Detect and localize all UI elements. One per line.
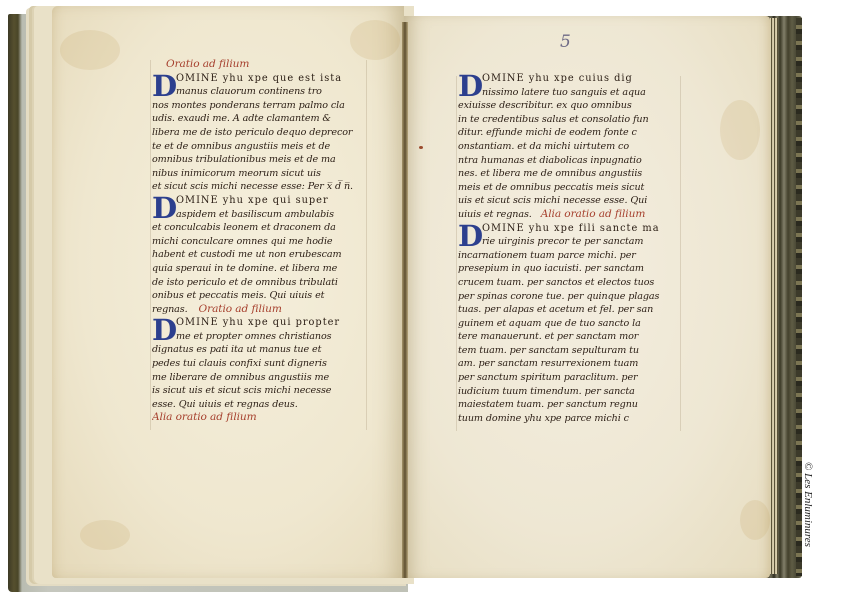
text-line: am. per sanctam resurrexionem tuam <box>458 357 676 371</box>
text-line: ditur. effunde michi de eodem fonte c <box>458 126 676 140</box>
illuminated-initial: D <box>152 194 174 222</box>
open-manuscript: 5 Oratio ad filium D OMINE yhu xpe que e… <box>0 0 843 600</box>
text-line: tem tuam. per sanctam sepulturam tu <box>458 344 676 358</box>
text-line: uis et sicut scis michi necesse esse. Qu… <box>458 194 676 208</box>
book-gutter <box>402 22 408 578</box>
text-line: manus clauorum continens tro <box>152 85 366 99</box>
text-line: OMINE yhu xpe cuius dig <box>458 72 676 86</box>
left-text-block: Oratio ad filium D OMINE yhu xpe que est… <box>152 58 366 425</box>
text-line: presepium in quo iacuisti. per sanctam <box>458 262 676 276</box>
text-line: tere manauerunt. et per sanctam mor <box>458 330 676 344</box>
text-line: OMINE yhu xpe fili sancte ma <box>458 222 676 236</box>
parchment-stain <box>720 100 760 160</box>
text-line: tuum domine yhu xpe parce michi c <box>458 412 676 426</box>
text-line: esse. Qui uiuis et regnas deus. <box>152 398 366 412</box>
prayer-5: D OMINE yhu xpe fili sancte ma rie uirgi… <box>458 222 676 426</box>
text-line: tuas. per alapas et acetum et fel. per s… <box>458 303 676 317</box>
text-line: dignatus es pati ita ut manus tue et <box>152 343 366 357</box>
text-line: per spinas corone tue. per quinque plaga… <box>458 290 676 304</box>
text-line: crucem tuam. per sanctos et electos tuos <box>458 276 676 290</box>
rubric-heading: Oratio ad filium <box>152 58 366 72</box>
text-line: rie uirginis precor te per sanctam <box>458 235 676 249</box>
right-page-edges <box>770 18 778 574</box>
text-line: libera me de isto periculo dequo depreco… <box>152 126 366 140</box>
text-line: OMINE yhu xpe qui super <box>152 194 366 208</box>
text-line: te et de omnibus angustiis meis et de <box>152 140 366 154</box>
text-line: de isto periculo et de omnibus tribulati <box>152 276 366 290</box>
parchment-stain <box>60 30 120 70</box>
prayer-3: D OMINE yhu xpe qui propter me et propte… <box>152 316 366 425</box>
illuminated-initial: D <box>458 72 480 100</box>
illuminated-initial: D <box>152 316 174 344</box>
text-line: udis. exaudi me. A adte clamantem & <box>152 112 366 126</box>
text-line: ntra humanas et diabolicas inpugnatio <box>458 154 676 168</box>
rubric-heading: Oratio ad filium <box>199 303 282 315</box>
text-line: guinem et aquam que de tuo sancto la <box>458 317 676 331</box>
text-line: et sicut scis michi necesse esse: Per x̅… <box>152 180 366 194</box>
text-line: nos montes ponderans terram palmo cla <box>152 99 366 113</box>
ruling-line <box>366 60 367 430</box>
text-line: onibus et peccatis meis. Qui uiuis et <box>152 289 366 303</box>
text-line: omnibus tribulationibus meis et de ma <box>152 153 366 167</box>
text-line: me liberare de omnibus angustiis me <box>152 371 366 385</box>
text-line: OMINE yhu xpe que est ista <box>152 72 366 86</box>
text-line: nibus inimicorum meorum sicut uis <box>152 167 366 181</box>
folio-number: 5 <box>560 32 571 52</box>
parchment-stain <box>740 500 770 540</box>
illuminated-initial: D <box>458 222 480 250</box>
text-line: OMINE yhu xpe qui propter <box>152 316 366 330</box>
prayer-4: D OMINE yhu xpe cuius dig nissimo latere… <box>458 72 676 222</box>
text-line: aspidem et basiliscum ambulabis <box>152 208 366 222</box>
right-text-block: D OMINE yhu xpe cuius dig nissimo latere… <box>458 72 676 425</box>
text-line: nes. et libera me de omnibus angustiis <box>458 167 676 181</box>
text-line: me et propter omnes christianos <box>152 330 366 344</box>
text-line: habent et custodi me ut non erubescam <box>152 248 366 262</box>
ink-speck <box>419 146 423 149</box>
text-line: in te credentibus salus et consolatio fu… <box>458 113 676 127</box>
prayer-2: D OMINE yhu xpe qui super aspidem et bas… <box>152 194 366 316</box>
text-line: meis et de omnibus peccatis meis sicut <box>458 181 676 195</box>
text-line: incarnationem tuam parce michi. per <box>458 249 676 263</box>
text-line: pedes tui clauis confixi sunt digneris <box>152 357 366 371</box>
ruling-line <box>456 76 457 431</box>
illuminated-initial: D <box>152 72 174 100</box>
parchment-stain <box>350 20 400 60</box>
text-line: iudicium tuum timendum. per sancta <box>458 385 676 399</box>
text-line: michi conculcare omnes qui me hodie <box>152 235 366 249</box>
text-line: per sanctum spiritum paraclitum. per <box>458 371 676 385</box>
text-line: nissimo latere tuo sanguis et aqua <box>458 86 676 100</box>
text-line: is sicut uis et sicut scis michi necesse <box>152 384 366 398</box>
copyright-watermark: © Les Enluminures <box>798 462 814 600</box>
parchment-stain <box>80 520 130 550</box>
ruling-line <box>150 60 151 430</box>
text-line: onstantiam. et da michi uirtutem co <box>458 140 676 154</box>
prayer-1: D OMINE yhu xpe que est ista manus clauo… <box>152 72 366 194</box>
text-line: et conculcabis leonem et draconem da <box>152 221 366 235</box>
text-line: uiuis et regnas. Alia oratio ad filium <box>458 208 676 222</box>
ruling-line <box>680 76 681 431</box>
text-line: exiuisse describitur. ex quo omnibus <box>458 99 676 113</box>
text-line: quia speraui in te domine. et libera me <box>152 262 366 276</box>
rubric-heading: Alia oratio ad filium <box>152 411 366 425</box>
rubric-heading: Alia oratio ad filium <box>541 208 646 220</box>
text-line: regnas. Oratio ad filium <box>152 303 366 317</box>
text-line: maiestatem tuam. per sanctum regnu <box>458 398 676 412</box>
